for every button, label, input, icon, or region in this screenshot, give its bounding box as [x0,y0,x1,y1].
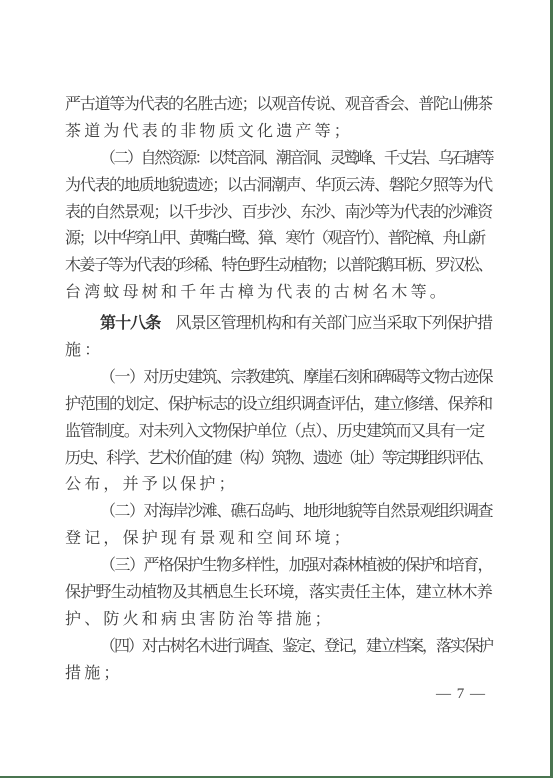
line-text: 历史、科学、艺术价值的建（构）筑物、遗迹（址）等定期组织评估、 [65,450,492,467]
text-line: 第十八条 风景区管理机构和有关部门应当采取下列保护措 [65,311,492,338]
text-line: （四）对古树名木进行调查、鉴定、登记，建立档案，落实保护 [65,634,492,661]
text-line: 监管制度。对未列入文物保护单位（点）、历史建筑而又具有一定 [65,419,492,446]
document-page: 严古道等为代表的名胜古迹；以观音传说、观音香会、普陀山佛茶茶道为代表的非物质文化… [0,0,554,783]
text-line: 保护野生动植物及其栖息生长环境，落实责任主体，建立林木养 [65,580,492,607]
text-line: 历史、科学、艺术价值的建（构）筑物、遗迹（址）等定期组织评估、 [65,446,492,473]
text-line: 措施； [65,661,492,688]
line-text: 监管制度。对未列入文物保护单位（点）、历史建筑而又具有一定 [65,423,484,440]
line-text: （一）对历史建筑、宗教建筑、摩崖石刻和碑碣等文物古迹保 [100,369,492,386]
line-text: （四）对古树名木进行调查、鉴定、登记，建立档案，落实保护 [100,638,492,655]
line-text: 风景区管理机构和有关部门应当采取下列保护措 [160,315,492,332]
text-line: （二）自然资源：以梵音洞、潮音洞、灵鹫峰、千丈岩、乌石塘等 [65,146,492,173]
text-line: 木姜子等为代表的珍稀、特色野生动植物；以普陀鹅耳枥、罗汉松、 [65,253,492,280]
line-text: 措施； [65,665,123,682]
line-text: 为代表的地质地貌遗迹；以古洞潮声、华顶云涛、磐陀夕照等为代 [65,177,492,194]
line-text: （二）对海岸沙滩、礁石岛屿、地形地貌等自然景观组织调查 [100,503,492,520]
text-line: 登记，保护现有景观和空间环境； [65,526,492,553]
line-text: （二）自然资源：以梵音洞、潮音洞、灵鹫峰、千丈岩、乌石塘等 [100,150,492,167]
page-number: — 7 — [65,686,486,703]
text-line: 公布，并予以保护； [65,472,492,499]
line-text: 台湾蚊母树和千年古樟为代表的古树名木等。 [65,284,449,301]
line-text: 护范围的划定、保护标志的设立组织调查评估，建立修缮、保养和 [65,396,492,413]
page-border-bottom [0,776,552,779]
line-text: 表的自然景观；以千步沙、百步沙、东沙、南沙等为代表的沙滩资 [65,204,492,221]
text-line: 护范围的划定、保护标志的设立组织调查评估，建立修缮、保养和 [65,392,492,419]
article-number: 第十八条 [100,315,160,332]
line-text: 施： [65,342,103,359]
line-text: 公布，并予以保护； [65,476,238,493]
line-text: 木姜子等为代表的珍稀、特色野生动植物；以普陀鹅耳枥、罗汉松、 [65,257,492,274]
text-line: （一）对历史建筑、宗教建筑、摩崖石刻和碑碣等文物古迹保 [65,365,492,392]
document-text: 严古道等为代表的名胜古迹；以观音传说、观音香会、普陀山佛茶茶道为代表的非物质文化… [65,92,492,688]
text-line: 台湾蚊母树和千年古樟为代表的古树名木等。 [65,280,492,307]
page-border-right [550,0,553,778]
line-text: 源；以中华穿山甲、黄嘴白鹭、獐、寒竹（观音竹）、普陀樟、舟山新 [65,230,484,247]
line-text: 护、防火和病虫害防治等措施； [65,611,334,628]
text-line: 护、防火和病虫害防治等措施； [65,607,492,634]
text-line: （三）严格保护生物多样性，加强对森林植被的保护和培育， [65,553,492,580]
text-line: 源；以中华穿山甲、黄嘴白鹭、獐、寒竹（观音竹）、普陀樟、舟山新 [65,226,492,253]
text-line: 严古道等为代表的名胜古迹；以观音传说、观音香会、普陀山佛茶 [65,92,492,119]
line-text: 茶道为代表的非物质文化遗产等； [65,123,353,140]
line-text: 严古道等为代表的名胜古迹；以观音传说、观音香会、普陀山佛茶 [65,96,492,113]
line-text: 登记，保护现有景观和空间环境； [65,530,353,547]
text-line: （二）对海岸沙滩、礁石岛屿、地形地貌等自然景观组织调查 [65,499,492,526]
text-line: 茶道为代表的非物质文化遗产等； [65,119,492,146]
text-line: 表的自然景观；以千步沙、百步沙、东沙、南沙等为代表的沙滩资 [65,200,492,227]
line-text: （三）严格保护生物多样性，加强对森林植被的保护和培育， [100,557,492,574]
line-text: 保护野生动植物及其栖息生长环境，落实责任主体，建立林木养 [65,584,492,601]
text-line: 为代表的地质地貌遗迹；以古洞潮声、华顶云涛、磐陀夕照等为代 [65,173,492,200]
text-line: 施： [65,338,492,365]
